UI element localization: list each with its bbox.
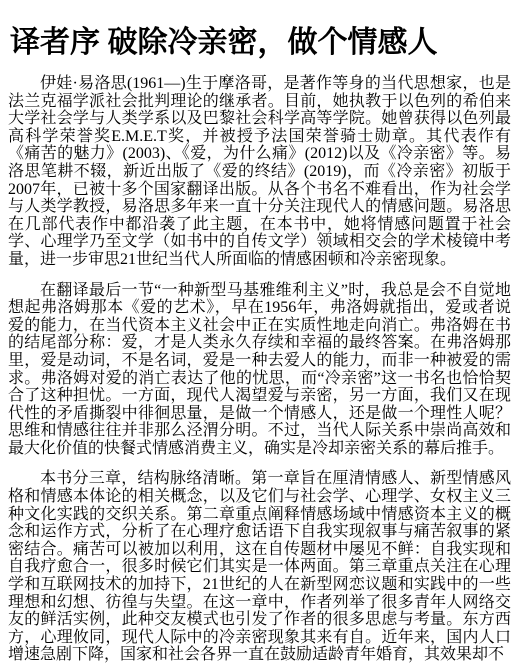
preface-paragraph-3: 本书分三章，结构脉络清晰。第一章旨在厘清情感人、新型情感风格和情感本体论的相关概… <box>8 470 511 664</box>
preface-paragraph-1: 伊娃·易洛思(1961—)生于摩洛哥，是著作等身的当代思想家，也是法兰克福学派社… <box>8 75 511 269</box>
page-title: 译者序 破除冷亲密，做个情感人 <box>10 25 509 61</box>
document-page: 译者序 破除冷亲密，做个情感人 伊娃·易洛思(1961—)生于摩洛哥，是著作等身… <box>0 0 519 667</box>
preface-body: 伊娃·易洛思(1961—)生于摩洛哥，是著作等身的当代思想家，也是法兰克福学派社… <box>8 75 511 664</box>
preface-paragraph-2: 在翻译最后一节“一种新型马基雅维利主义”时，我总是会不自觉地想起弗洛姆那本《爱的… <box>8 282 511 458</box>
